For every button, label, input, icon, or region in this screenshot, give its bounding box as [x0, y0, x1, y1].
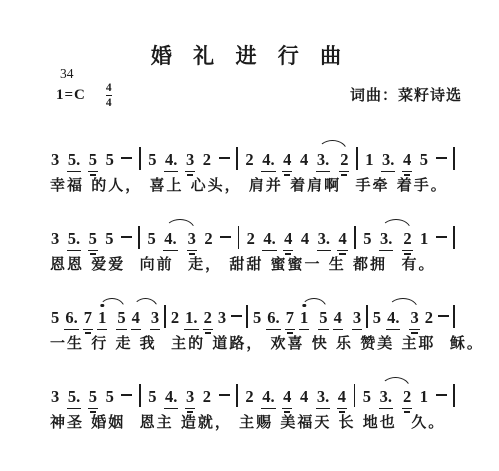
note: 4: [282, 389, 292, 409]
duration-dash: [219, 157, 230, 159]
lyric-line: 神圣 婚姻 恩主 造就， 主赐 美福天 长 地也 久。: [50, 411, 455, 433]
note: 3: [185, 152, 195, 172]
note: 5.: [67, 152, 81, 172]
note: 5: [105, 389, 115, 406]
note: 4: [131, 310, 141, 330]
note: 4.: [261, 152, 275, 172]
barline: [354, 226, 356, 249]
beam-group: 43: [333, 310, 363, 330]
note: 2: [246, 231, 256, 248]
note: 4: [337, 231, 347, 251]
note: 5: [318, 310, 328, 330]
time-signature-denominator: 4: [106, 95, 112, 110]
barline: [453, 147, 455, 170]
score-line: 35.5554.3224.443.453.21恩恩 爱爱 向前 走， 甜甜 蜜蜜…: [50, 207, 455, 275]
tie-arc-group: 3.2: [316, 152, 350, 172]
barline: [236, 147, 238, 170]
duration-dash: [121, 157, 132, 159]
duration-dash: [438, 315, 449, 317]
note: 3: [217, 310, 227, 327]
note: 3.: [316, 389, 330, 409]
note: 4.: [386, 310, 400, 330]
note: 4.: [163, 231, 177, 251]
key-signature: 1=C: [56, 87, 86, 104]
note: 5: [362, 389, 372, 406]
note: 6.: [266, 310, 280, 330]
score-line: 35.5554.3224.443.453.21神圣 婚姻 恩主 造就， 主赐 美…: [50, 365, 455, 433]
note: 5: [372, 310, 382, 327]
tie-arc-group: 4.3: [386, 310, 420, 330]
note: 5: [88, 389, 98, 409]
barline: [139, 147, 141, 170]
note: 3.: [317, 231, 331, 251]
note: 4.: [262, 231, 276, 251]
duration-dash: [436, 236, 447, 238]
note: 5: [104, 231, 114, 248]
music-line: 35.5554.3224.443.453.21: [50, 365, 455, 407]
note: 4: [402, 152, 412, 172]
note: 3: [150, 310, 160, 330]
note: 3.: [316, 152, 330, 172]
note: 3.: [379, 231, 393, 251]
note: 3: [185, 389, 195, 409]
barline: [246, 305, 248, 328]
note: 4.: [164, 389, 178, 409]
barline: [236, 384, 238, 407]
note: 3: [50, 231, 60, 248]
tie-arc-group: 15: [299, 310, 329, 330]
barline: [366, 305, 368, 328]
note: 5: [116, 310, 126, 330]
duration-dash: [121, 394, 132, 396]
music-line: 35.5554.3224.443.213.45: [50, 128, 455, 170]
note: 4: [333, 310, 343, 330]
barline: [238, 226, 240, 249]
score: 35.5554.3224.443.213.45幸福 的人， 喜上 心头， 肩并 …: [50, 128, 455, 444]
note: 5: [105, 152, 115, 169]
song-title: 婚 礼 进 行 曲: [0, 40, 499, 70]
note: 1: [299, 310, 309, 330]
note: 2: [202, 152, 212, 169]
note: 4: [337, 389, 347, 409]
note: 4: [282, 152, 292, 172]
note: 2: [244, 152, 254, 169]
barline: [164, 305, 166, 328]
score-line: 56.7154321.2356.7154354.32一生 行 走 我 主的 道路…: [50, 286, 455, 354]
note: 3: [50, 389, 60, 406]
note: 5: [252, 310, 262, 327]
barline: [453, 384, 455, 407]
tie-arc-group: 3.2: [379, 389, 413, 409]
note: 5: [362, 231, 372, 248]
note: 7: [83, 310, 93, 330]
credits: 词曲：菜籽诗选: [350, 84, 462, 105]
note: 2: [424, 310, 434, 327]
note: 5: [419, 152, 429, 169]
note: 5: [50, 310, 60, 327]
note: 5.: [67, 231, 81, 251]
music-line: 56.7154321.2356.7154354.32: [50, 286, 455, 328]
barline: [356, 147, 358, 170]
tie-arc-group: 4.3: [163, 231, 197, 251]
note: 2: [203, 231, 213, 248]
note: 5: [88, 152, 98, 172]
lyric-line: 恩恩 爱爱 向前 走， 甜甜 蜜蜜一 生 都拥 有。: [50, 253, 455, 275]
note: 3: [187, 231, 197, 251]
note: 5: [147, 231, 157, 248]
note: 1: [364, 152, 374, 169]
duration-dash: [436, 394, 447, 396]
tie-arc-group: 15: [97, 310, 127, 330]
note: 5: [88, 231, 98, 251]
lyric-line: 一生 行 走 我 主的 道路， 欢喜 快 乐 赞美 主耶 稣。: [50, 332, 455, 354]
barline: [354, 384, 356, 407]
barline: [453, 226, 455, 249]
note: 5: [147, 152, 157, 169]
note: 2: [244, 389, 254, 406]
note: 4.: [261, 389, 275, 409]
note: 3: [50, 152, 60, 169]
score-line: 35.5554.3224.443.213.45幸福 的人， 喜上 心头， 肩并 …: [50, 128, 455, 196]
note: 7: [285, 310, 295, 330]
note: 3: [409, 310, 419, 330]
note: 1: [419, 389, 429, 406]
sheet-music-page: 婚 礼 进 行 曲 34 1=C 4 4 词曲：菜籽诗选 35.5554.322…: [0, 0, 499, 471]
note: 1: [419, 231, 429, 248]
tie-arc-group: 3.2: [379, 231, 413, 251]
note: 3.: [379, 389, 393, 409]
barline: [453, 305, 455, 328]
barline: [138, 226, 140, 249]
key-time-signature-row: 1=C 4 4: [56, 82, 112, 109]
duration-dash: [219, 394, 230, 396]
tie-arc-group: 43: [131, 310, 161, 330]
note: 5.: [67, 389, 81, 409]
lyric-line: 幸福 的人， 喜上 心头， 肩并 着肩啊 手牵 着手。: [50, 174, 455, 196]
note: 2: [202, 389, 212, 406]
note: 2: [339, 152, 349, 172]
page-number: 34: [60, 66, 74, 82]
note: 4: [283, 231, 293, 251]
note: 1: [97, 310, 107, 330]
duration-dash: [220, 236, 231, 238]
note: 5: [147, 389, 157, 406]
note: 3: [352, 310, 362, 330]
time-signature: 4 4: [106, 82, 112, 109]
duration-dash: [121, 236, 132, 238]
note: 4: [300, 231, 310, 248]
note: 2: [170, 310, 180, 327]
note: 1.: [184, 310, 198, 330]
note: 2: [203, 310, 213, 330]
note: 4: [299, 389, 309, 406]
note: 2: [402, 231, 412, 251]
duration-dash: [231, 315, 242, 317]
note: 4.: [164, 152, 178, 172]
note: 6.: [64, 310, 78, 330]
duration-dash: [436, 157, 447, 159]
note: 4: [299, 152, 309, 169]
time-signature-numerator: 4: [106, 82, 112, 95]
note: 2: [402, 389, 412, 409]
barline: [139, 384, 141, 407]
music-line: 35.5554.3224.443.453.21: [50, 207, 455, 249]
note: 3.: [381, 152, 395, 172]
